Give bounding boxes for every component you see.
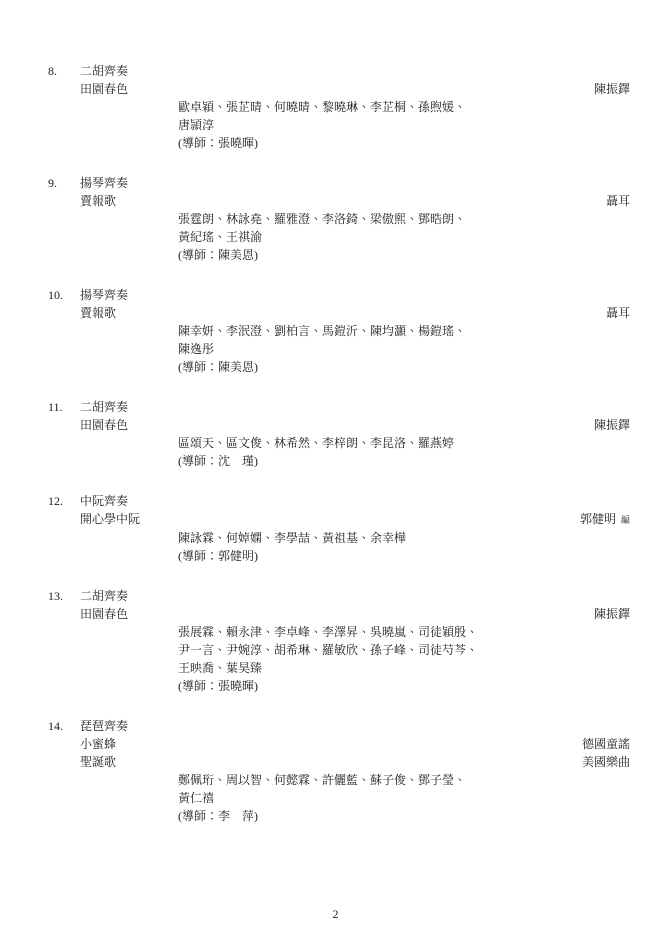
piece-row: 田園春色 陳振鐸 [48,416,630,434]
item-header: 13. 二胡齊奏 [48,587,630,605]
composer-credit: 德國童謠 [582,735,630,753]
performer-line: 區頌天、區文俊、林希然、李梓朗、李昆洛、羅燕婷 [178,434,630,452]
piece-row: 小蜜蜂 德國童謠 [48,735,630,753]
program-item: 11. 二胡齊奏 田園春色 陳振鐸 區頌天、區文俊、林希然、李梓朗、李昆洛、羅燕… [48,398,630,470]
item-header: 9. 揚琴齊奏 [48,174,630,192]
item-number: 13. [48,587,80,605]
composer-name: 美國樂曲 [582,755,630,769]
performer-line: 陳幸妍、李泯澄、劉柏言、馬鎧沂、陳均灝、楊鎧瑤、 [178,322,630,340]
piece-title: 賣報歌 [80,192,116,210]
performer-line: 陳逸彤 [178,340,630,358]
item-header: 12. 中阮齊奏 [48,492,630,510]
piece-title: 開心學中阮 [80,510,140,529]
item-number: 11. [48,398,80,416]
ensemble-type: 揚琴齊奏 [80,286,128,304]
performer-line: 黃仁禧 [178,789,630,807]
performer-line: 黃紀瑤、王祺渝 [178,228,630,246]
composer-name: 陳振鐸 [594,607,630,621]
ensemble-type: 琵琶齊奏 [80,717,128,735]
composer-name: 陳振鐸 [594,82,630,96]
document-page: 8. 二胡齊奏 田園春色 陳振鐸 歐卓穎、張芷晴、何曉晴、黎曉琳、李芷桐、孫煦媛… [0,0,671,950]
piece-row: 田園春色 陳振鐸 [48,80,630,98]
item-header: 11. 二胡齊奏 [48,398,630,416]
piece-title: 田園春色 [80,605,128,623]
performers-block: 歐卓穎、張芷晴、何曉晴、黎曉琳、李芷桐、孫煦媛、 唐頴淳 [48,98,630,134]
piece-title: 田園春色 [80,80,128,98]
instructor-line: (導師：陳美恩) [48,246,630,264]
performers-block: 張展霖、賴永津、李卓峰、李澤昇、吳曉嵐、司徒穎殷、 尹一言、尹婉淳、胡希琳、羅敏… [48,623,630,677]
performers-block: 陳幸妍、李泯澄、劉柏言、馬鎧沂、陳均灝、楊鎧瑤、 陳逸彤 [48,322,630,358]
composer-name: 聶耳 [606,194,630,208]
program-item: 9. 揚琴齊奏 賣報歌 聶耳 張霆朗、林詠堯、羅雅澄、李洛錡、梁傲熙、鄧晧朗、 … [48,174,630,264]
piece-title: 小蜜蜂 [80,735,116,753]
piece-row: 聖誕歌 美國樂曲 [48,753,630,771]
instructor-line: (導師：張曉暉) [48,134,630,152]
composer-credit: 陳振鐸 [594,605,630,623]
performer-line: 唐頴淳 [178,116,630,134]
composer-name: 聶耳 [606,306,630,320]
performer-line: 鄭佩珩、周以智、何懿霖、許儷藍、蘇子俊、鄧子瑩、 [178,771,630,789]
item-header: 10. 揚琴齊奏 [48,286,630,304]
piece-title: 賣報歌 [80,304,116,322]
performer-line: 尹一言、尹婉淳、胡希琳、羅敏欣、孫子峰、司徒芍芩、 [178,641,630,659]
composer-credit: 陳振鐸 [594,80,630,98]
ensemble-type: 二胡齊奏 [80,587,128,605]
composer-credit: 郭健明編 [580,510,630,529]
program-item: 12. 中阮齊奏 開心學中阮 郭健明編 陳詠霖、何婥嫻、李學喆、黃祖基、余幸樺 … [48,492,630,565]
piece-title: 田園春色 [80,416,128,434]
instructor-line: (導師：李 萍) [48,807,630,825]
performers-block: 張霆朗、林詠堯、羅雅澄、李洛錡、梁傲熙、鄧晧朗、 黃紀瑤、王祺渝 [48,210,630,246]
composer-name: 陳振鐸 [594,418,630,432]
composer-credit: 聶耳 [606,304,630,322]
ensemble-type: 二胡齊奏 [80,62,128,80]
instructor-line: (導師：張曉暉) [48,677,630,695]
credit-suffix: 編 [621,515,630,525]
ensemble-type: 中阮齊奏 [80,492,128,510]
item-header: 14. 琵琶齊奏 [48,717,630,735]
performer-line: 陳詠霖、何婥嫻、李學喆、黃祖基、余幸樺 [178,529,630,547]
piece-row: 賣報歌 聶耳 [48,304,630,322]
program-item: 14. 琵琶齊奏 小蜜蜂 德國童謠 聖誕歌 美國樂曲 鄭佩珩、周以智、何懿霖、許… [48,717,630,825]
instructor-line: (導師：郭健明) [48,547,630,565]
instructor-line: (導師：沈 瑾) [48,452,630,470]
piece-row: 田園春色 陳振鐸 [48,605,630,623]
program-item: 10. 揚琴齊奏 賣報歌 聶耳 陳幸妍、李泯澄、劉柏言、馬鎧沂、陳均灝、楊鎧瑤、… [48,286,630,376]
performers-block: 陳詠霖、何婥嫻、李學喆、黃祖基、余幸樺 [48,529,630,547]
program-item: 13. 二胡齊奏 田園春色 陳振鐸 張展霖、賴永津、李卓峰、李澤昇、吳曉嵐、司徒… [48,587,630,695]
performers-block: 區頌天、區文俊、林希然、李梓朗、李昆洛、羅燕婷 [48,434,630,452]
performer-line: 王映喬、葉昊臻 [178,659,630,677]
composer-credit: 陳振鐸 [594,416,630,434]
performer-line: 歐卓穎、張芷晴、何曉晴、黎曉琳、李芷桐、孫煦媛、 [178,98,630,116]
composer-credit: 聶耳 [606,192,630,210]
ensemble-type: 揚琴齊奏 [80,174,128,192]
item-number: 10. [48,286,80,304]
performer-line: 張展霖、賴永津、李卓峰、李澤昇、吳曉嵐、司徒穎殷、 [178,623,630,641]
item-number: 12. [48,492,80,510]
piece-title: 聖誕歌 [80,753,116,771]
item-number: 14. [48,717,80,735]
performer-line: 張霆朗、林詠堯、羅雅澄、李洛錡、梁傲熙、鄧晧朗、 [178,210,630,228]
program-item: 8. 二胡齊奏 田園春色 陳振鐸 歐卓穎、張芷晴、何曉晴、黎曉琳、李芷桐、孫煦媛… [48,62,630,152]
item-number: 8. [48,62,80,80]
item-number: 9. [48,174,80,192]
piece-row: 賣報歌 聶耳 [48,192,630,210]
item-header: 8. 二胡齊奏 [48,62,630,80]
ensemble-type: 二胡齊奏 [80,398,128,416]
page-number: 2 [0,905,671,923]
instructor-line: (導師：陳美恩) [48,358,630,376]
piece-row: 開心學中阮 郭健明編 [48,510,630,529]
composer-credit: 美國樂曲 [582,753,630,771]
performers-block: 鄭佩珩、周以智、何懿霖、許儷藍、蘇子俊、鄧子瑩、 黃仁禧 [48,771,630,807]
composer-name: 德國童謠 [582,737,630,751]
composer-name: 郭健明 [580,512,616,526]
